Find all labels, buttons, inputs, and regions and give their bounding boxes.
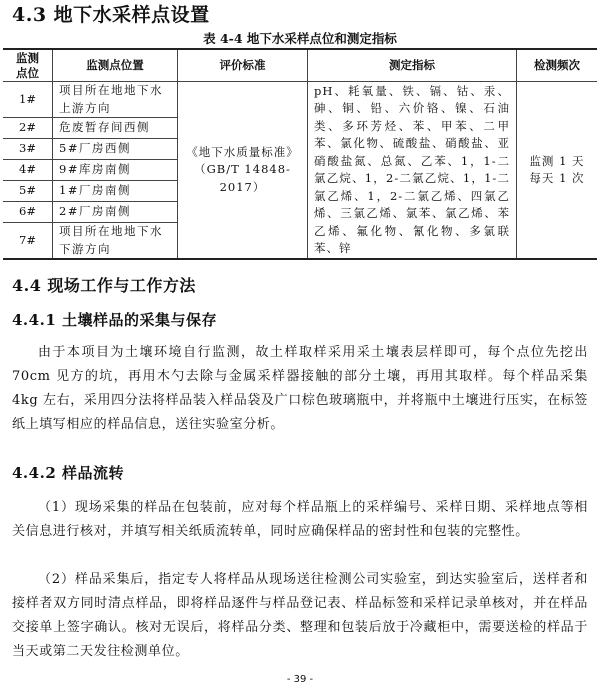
col-header-point: 监测 点位 (3, 49, 53, 82)
point-location: 2#厂房南侧 (53, 202, 178, 223)
point-location: 危废暂存间西侧 (53, 118, 178, 139)
point-id: 1# (3, 82, 53, 118)
point-id: 2# (3, 118, 53, 139)
point-id: 6# (3, 202, 53, 223)
point-id: 3# (3, 139, 53, 160)
col-header-frequency: 检测频次 (517, 49, 598, 82)
point-location: 9#库房南侧 (53, 160, 178, 181)
point-location: 项目所在地地下水下游方向 (53, 223, 178, 260)
point-location: 项目所在地地下水上游方向 (53, 82, 178, 118)
point-id: 5# (3, 181, 53, 202)
groundwater-sampling-table: 监测 点位 监测点位置 评价标准 测定指标 检测频次 1# 项目所在地地下水上游… (3, 48, 597, 260)
section-heading-4-4-1: 4.4.1 土壤样品的采集与保存 (12, 309, 217, 330)
paragraph-sample-transfer-1: （1）现场采集的样品在包装前，应对每个样品瓶上的采样编号、采样日期、采样地点等相… (12, 496, 588, 544)
point-id: 7# (3, 223, 53, 260)
point-id: 4# (3, 160, 53, 181)
col-header-location: 监测点位置 (53, 49, 178, 82)
page-number: - 39 - (0, 674, 600, 685)
evaluation-standard: 《地下水质量标准》（GB/T 14848-2017） (178, 82, 308, 260)
paragraph-sample-transfer-2: （2）样品采集后，指定专人将样品从现场送往检测公司实验室，到达实验室后，送样者和… (12, 568, 588, 664)
table-caption: 表 4-4 地下水采样点位和测定指标 (0, 29, 600, 47)
table-header-row: 监测 点位 监测点位置 评价标准 测定指标 检测频次 (3, 49, 597, 82)
col-header-indicators: 测定指标 (308, 49, 517, 82)
col-header-standard: 评价标准 (178, 49, 308, 82)
test-frequency: 监测 1 天 每天 1 次 (517, 82, 598, 260)
section-heading-4-4: 4.4 现场工作与工作方法 (12, 273, 196, 296)
section-heading-4-3: 4.3 地下水采样点设置 (12, 0, 210, 27)
point-location: 1#厂房南侧 (53, 181, 178, 202)
point-location: 5#厂房西侧 (53, 139, 178, 160)
table-row: 1# 项目所在地地下水上游方向 《地下水质量标准》（GB/T 14848-201… (3, 82, 597, 118)
test-indicators: pH、耗氧量、铁、镉、钴、汞、砷、铜、铅、六价铬、镍、石油类、多环芳烃、苯、甲苯… (308, 82, 517, 260)
paragraph-soil-sampling: 由于本项目为土壤环境自行监测，故土样取样采用采土壤表层样即可，每个点位先挖出 7… (12, 341, 588, 437)
section-heading-4-4-2: 4.4.2 样品流转 (12, 462, 124, 483)
